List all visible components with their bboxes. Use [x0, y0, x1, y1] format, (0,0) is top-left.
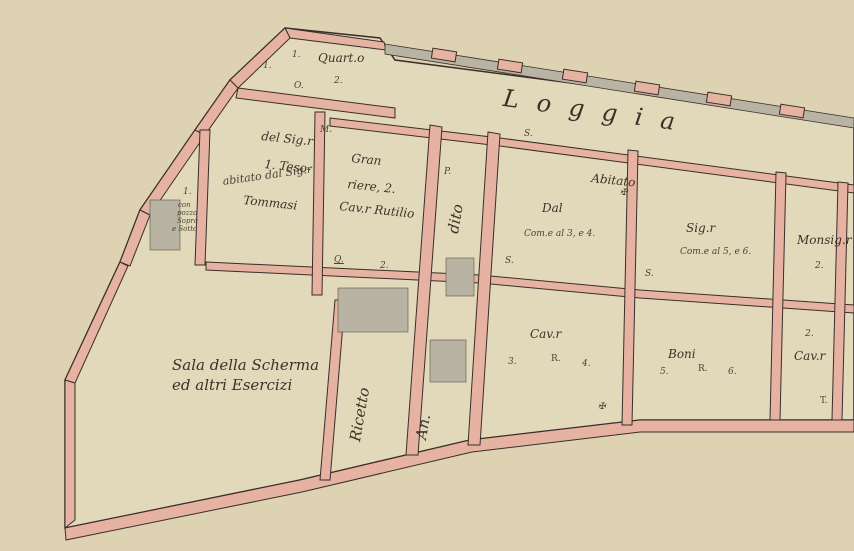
room-3: 3. [508, 358, 517, 367]
marker-S-left: S. [505, 257, 514, 266]
monsig-number: 2. [815, 262, 824, 271]
monsig-label: Monsig.r [797, 234, 851, 246]
floor-plan [0, 0, 854, 551]
room-Q: Q. [334, 256, 344, 265]
room-O: O. [294, 82, 304, 91]
comm-3-4: Com.e al 3, e 4. [524, 230, 595, 239]
marker-S-mid: S. [645, 270, 654, 279]
quarto-number: 2. [334, 77, 343, 86]
sala-line2: ed altri Esercizi [172, 378, 292, 393]
marker-T: T. [820, 397, 828, 406]
sala-line1: Sala della Scherma [172, 358, 319, 373]
cav-label-1: Cav.r [530, 328, 561, 340]
marker-P: P. [444, 168, 451, 177]
room-R-2: R. [698, 365, 708, 374]
room-1b: 1. [292, 51, 301, 60]
stair-room-sotto: e Sotto [172, 226, 197, 233]
sig-label: Sig.r [686, 222, 715, 234]
dal-label: Dal [542, 202, 563, 214]
marker-S-top: S. [524, 130, 533, 139]
stair-room-pozzo: pozzo [177, 210, 197, 217]
room-6: 6. [728, 368, 737, 377]
stair-room-con: con [178, 202, 191, 209]
granriere-line1: Gran [351, 152, 382, 167]
marker-M: M. [320, 126, 332, 135]
stair-room-1: 1. [183, 188, 192, 197]
stair-room-sopra: Sopra [177, 218, 198, 225]
room-R-1: R. [551, 355, 561, 364]
cross-mark-2: ✠ [598, 403, 606, 412]
room-Q-2: 2. [380, 262, 389, 271]
room-1a: 1. [263, 62, 272, 71]
cav-2-number: 2. [805, 330, 814, 339]
quarto-label: Quart.o [318, 52, 364, 64]
cross-mark-1: ✠ [620, 189, 628, 198]
room-4: 4. [582, 360, 591, 369]
room-5: 5. [660, 368, 669, 377]
comm-5-6: Com.e al 5, e 6. [680, 248, 751, 257]
boni-label: Boni [668, 348, 696, 360]
cav-label-2: Cav.r [794, 350, 825, 362]
an-label: An. [414, 413, 433, 440]
